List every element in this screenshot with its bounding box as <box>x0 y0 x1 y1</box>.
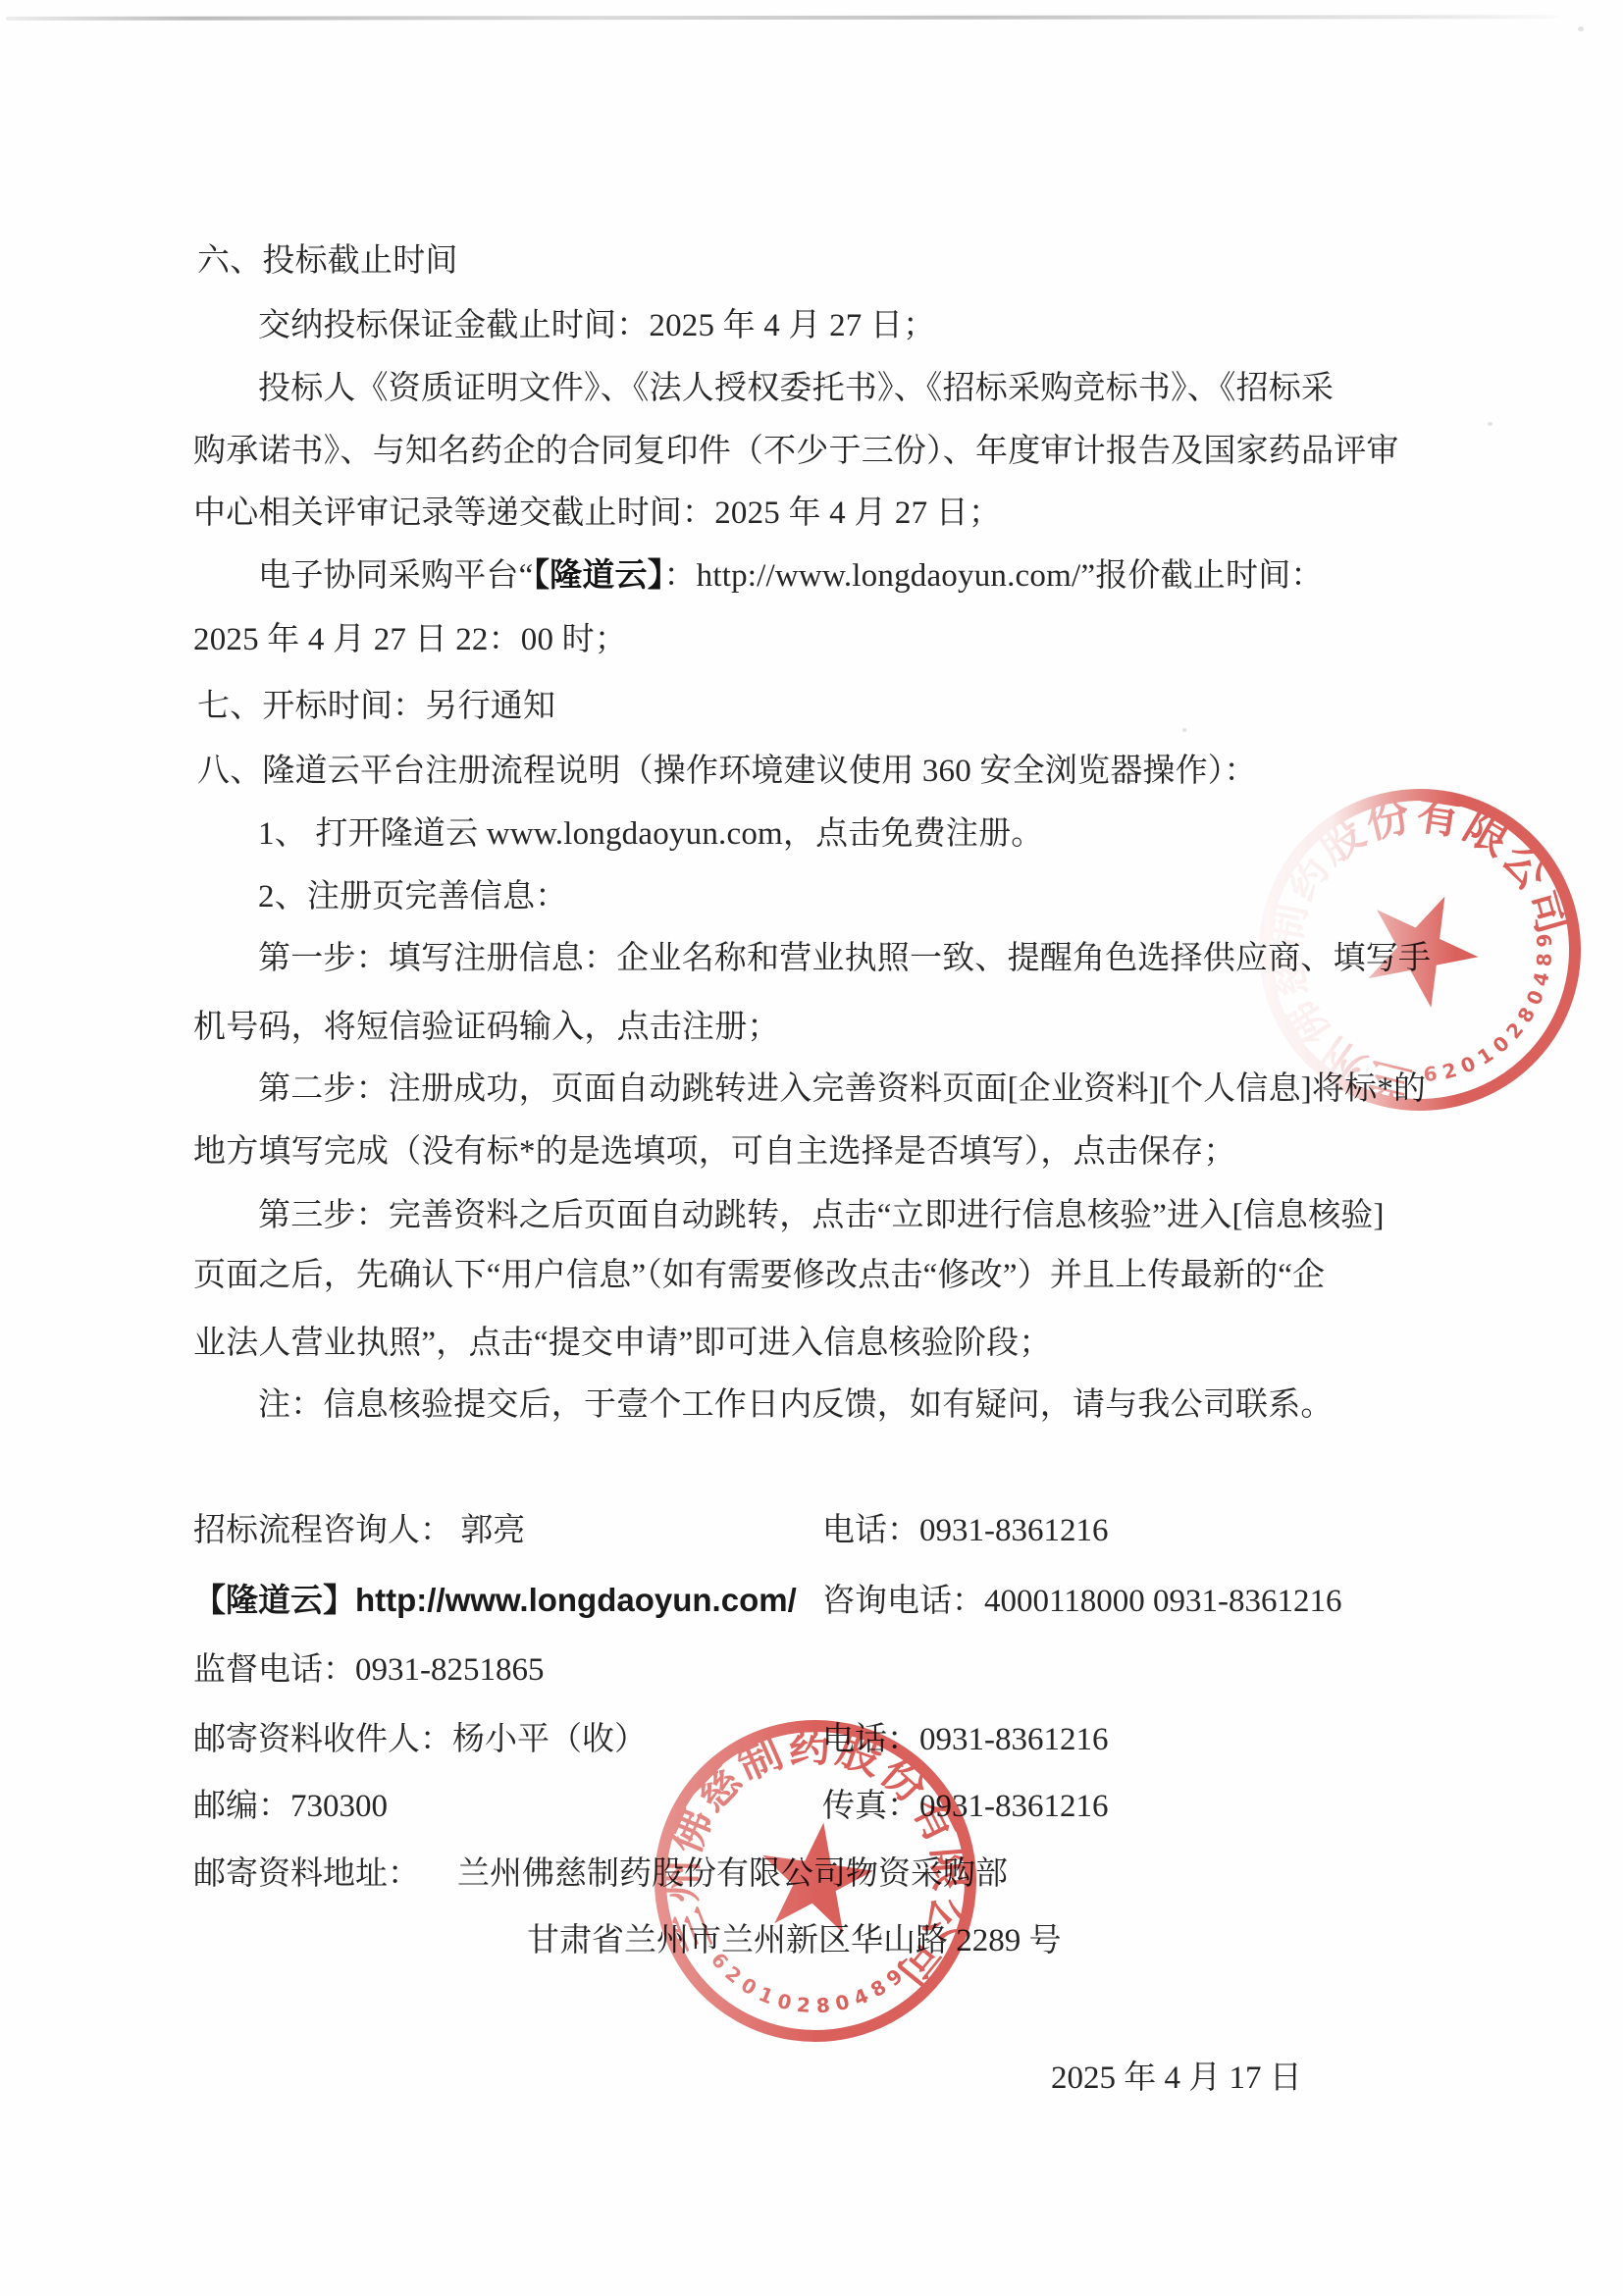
scan-speck <box>1578 26 1584 31</box>
contact-consultant-phone: 电话：0931-8361216 <box>822 1511 1109 1551</box>
body-line: 2025 年 4 月 27 日 22：00 时； <box>193 620 627 660</box>
contact-mail-recipient: 邮寄资料收件人：杨小平（收） <box>193 1720 647 1760</box>
body-line: 中心相关评审记录等递交截止时间：2025 年 4 月 27 日； <box>193 494 1001 534</box>
body-line: 投标人《资质证明文件》、《法人授权委托书》、《招标采购竞标书》、《招标采 <box>258 369 1334 409</box>
document-date: 2025 年 4 月 17 日 <box>1051 2059 1302 2099</box>
star-icon <box>754 1815 879 1936</box>
contact-address-label: 邮寄资料地址： <box>193 1854 420 1895</box>
section-heading-7: 七、开标时间：另行通知 <box>197 687 555 727</box>
section-heading-8: 八、隆道云平台注册流程说明（操作环境建议使用 360 安全浏览器操作）： <box>197 752 1257 792</box>
body-line: 1、 打开隆道云 www.longdaoyun.com，点击免费注册。 <box>258 814 1043 855</box>
contact-supervision-phone: 监督电话：0931-8251865 <box>193 1650 545 1691</box>
company-seal-stamp-bottom: 兰州佛慈制药股份有限公司 62010280489 <box>590 1655 1041 2107</box>
scan-speck <box>1488 422 1492 426</box>
scan-artifact-line <box>6 15 1558 21</box>
body-line: 交纳投标保证金截止时间：2025 年 4 月 27 日； <box>258 306 935 346</box>
body-line: 电子协同采购平台“【隆道云】：http://www.longdaoyun.com… <box>258 556 1324 597</box>
body-line: 2、注册页完善信息： <box>258 877 568 917</box>
body-line: 业法人营业执照”，点击“提交申请”即可进入信息核验阶段； <box>193 1324 1052 1364</box>
body-line: 第三步：完善资料之后页面自动跳转，点击“立即进行信息核验”进入[信息核验] <box>258 1196 1385 1236</box>
body-line: 地方填写完成（没有标*的是选填项，可自主选择是否填写），点击保存； <box>193 1132 1236 1173</box>
longdaoyun-url: 【隆道云】http://www.longdaoyun.com/ <box>193 1580 797 1620</box>
contact-consultant-label: 招标流程咨询人： 郭亮 <box>193 1511 525 1551</box>
document-page: 六、投标截止时间 交纳投标保证金截止时间：2025 年 4 月 27 日； 投标… <box>0 0 1623 2296</box>
body-line: 页面之后，先确认下“用户信息”（如有需要修改点击“修改”）并且上传最新的“企 <box>193 1256 1325 1296</box>
body-line: 注：信息核验提交后，于壹个工作日内反馈，如有疑问，请与我公司联系。 <box>258 1385 1334 1426</box>
body-line: 机号码，将短信验证码输入，点击注册； <box>193 1008 780 1048</box>
scan-speck <box>1182 728 1186 732</box>
contact-postcode: 邮编：730300 <box>193 1787 388 1827</box>
contact-hotline: 咨询电话：4000118000 0931-8361216 <box>822 1582 1342 1622</box>
body-line-text: 电子协同采购平台“ <box>258 558 533 594</box>
company-seal-stamp-top-right: 兰州佛慈制药股份有限公司 62010280489 <box>1194 724 1623 1175</box>
longdaoyun-brand-text: 【隆道云】 <box>533 558 663 594</box>
body-line: 购承诺书》、与知名药企的合同复印件（不少于三份）、年度审计报告及国家药品评审 <box>193 432 1399 472</box>
star-icon <box>1338 868 1492 1023</box>
section-heading-6: 六、投标截止时间 <box>197 241 458 282</box>
body-line-text: ：http://www.longdaoyun.com/”报价截止时间： <box>663 558 1323 594</box>
